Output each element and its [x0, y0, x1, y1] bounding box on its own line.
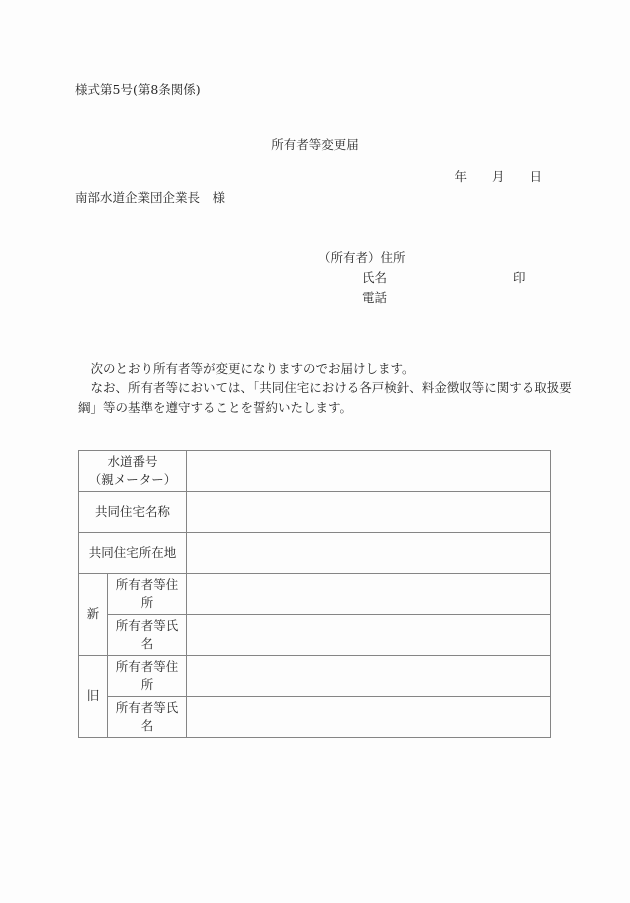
- change-table: 水道番号 （親メーター） 共同住宅名称 共同住宅所在地 新 所有者等住 所 所有…: [78, 450, 551, 738]
- cell-group-old: 旧: [79, 656, 108, 738]
- page-title: 所有者等変更届: [0, 139, 630, 152]
- table-row-new-owner-name: 所有者等氏 名: [79, 615, 551, 656]
- cell-label-housing-address: 共同住宅所在地: [79, 533, 187, 574]
- cell-label-new-owner-address: 所有者等住 所: [108, 574, 187, 615]
- table-row-old-owner-name: 所有者等氏 名: [79, 697, 551, 738]
- owner-name-label: 氏名: [362, 272, 387, 285]
- cell-label-old-owner-name: 所有者等氏 名: [108, 697, 187, 738]
- owner-address-label: （所有者）住所: [318, 252, 406, 265]
- table-row-housing-name: 共同住宅名称: [79, 492, 551, 533]
- table-row-new-owner-address: 新 所有者等住 所: [79, 574, 551, 615]
- cell-group-new: 新: [79, 574, 108, 656]
- cell-value-water-number: [187, 451, 551, 492]
- cell-value-housing-address: [187, 533, 551, 574]
- table-row-housing-address: 共同住宅所在地: [79, 533, 551, 574]
- table-row-water-number: 水道番号 （親メーター）: [79, 451, 551, 492]
- cell-value-housing-name: [187, 492, 551, 533]
- addressee: 南部水道企業団企業長 様: [75, 192, 225, 205]
- body-paragraph: 次のとおり所有者等が変更になりますのでお届けします。 なお、所有者等においては、…: [78, 359, 578, 417]
- cell-value-old-owner-address: [187, 656, 551, 697]
- cell-label-new-owner-name: 所有者等氏 名: [108, 615, 187, 656]
- cell-label-old-owner-address: 所有者等住 所: [108, 656, 187, 697]
- cell-value-new-owner-name: [187, 615, 551, 656]
- owner-phone-label: 電話: [362, 292, 387, 305]
- cell-value-old-owner-name: [187, 697, 551, 738]
- cell-value-new-owner-address: [187, 574, 551, 615]
- seal-label: 印: [513, 272, 526, 285]
- form-number: 様式第5号(第8条関係): [75, 84, 201, 97]
- cell-label-housing-name: 共同住宅名称: [79, 492, 187, 533]
- cell-label-water-number: 水道番号 （親メーター）: [79, 451, 187, 492]
- document-page: 様式第5号(第8条関係) 所有者等変更届 年 月 日 南部水道企業団企業長 様 …: [0, 0, 630, 903]
- table-row-old-owner-address: 旧 所有者等住 所: [79, 656, 551, 697]
- date-line: 年 月 日: [454, 171, 542, 184]
